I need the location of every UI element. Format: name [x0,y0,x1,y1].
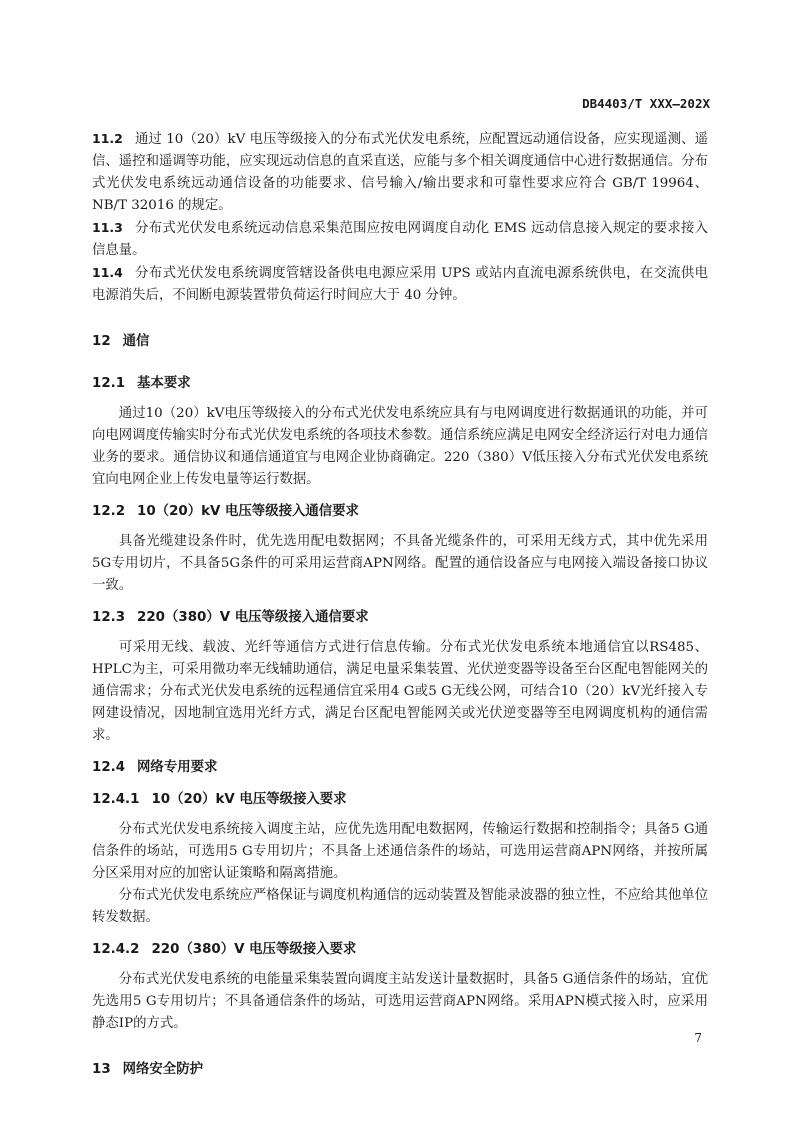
section-number: 13 [92,1062,111,1077]
section-heading-12-4-1: 12.4.110（20）kV 电压等级接入要求 [92,789,708,811]
section-number: 12.1 [92,376,125,391]
section-heading-12-1: 12.1基本要求 [92,373,708,395]
clause-11-2: 11.2通过 10（20）kV 电压等级接入的分布式光伏发电系统，应配置远动通信… [92,128,708,217]
clause-11-3: 11.3分布式光伏发电系统远动信息采集范围应按电网调度自动化 EMS 远动信息接… [92,217,708,262]
section-title: 10（20）kV 电压等级接入要求 [151,792,346,807]
clause-number: 11.3 [92,220,123,235]
section-number: 12.4.2 [92,942,139,957]
section-12-2-body: 具备光缆建设条件时，优先选用配电数据网；不具备光缆条件的，可采用无线方式，其中优… [92,531,708,597]
section-heading-12-2: 12.210（20）kV 电压等级接入通信要求 [92,501,708,523]
clause-text: 通过 10（20）kV 电压等级接入的分布式光伏发电系统，应配置远动通信设备，应… [92,132,708,213]
section-title: 220（380）V 电压等级接入通信要求 [137,610,369,625]
section-number: 12.2 [92,504,125,519]
document-page: DB4403/T XXX—202X 11.2通过 10（20）kV 电压等级接入… [0,0,794,1123]
clause-number: 11.4 [92,265,123,280]
document-code: DB4403/T XXX—202X [582,96,710,111]
section-12-4-1-body-1: 分布式光伏发电系统接入调度主站，应优先选用配电数据网，传输运行数据和控制指令；具… [92,819,708,885]
section-number: 12 [92,334,111,349]
section-heading-12-4-2: 12.4.2220（380）V 电压等级接入要求 [92,939,708,961]
section-number: 12.3 [92,610,125,625]
clause-number: 11.2 [92,131,123,146]
clause-text: 分布式光伏发电系统远动信息采集范围应按电网调度自动化 EMS 远动信息接入规定的… [92,221,708,258]
section-12-1-body: 通过10（20）kV电压等级接入的分布式光伏发电系统应具有与电网调度进行数据通讯… [92,403,708,491]
clause-11-4: 11.4分布式光伏发电系统调度管辖设备供电电源应采用 UPS 或站内直流电源系统… [92,262,708,307]
section-12-3-body: 可采用无线、载波、光纤等通信方式进行信息传输。分布式光伏发电系统本地通信宜以RS… [92,637,708,747]
section-number: 12.4 [92,760,125,775]
page-number: 7 [694,1031,702,1045]
section-heading-12-3: 12.3220（380）V 电压等级接入通信要求 [92,607,708,629]
section-number: 12.4.1 [92,792,139,807]
section-12-4-1-body-2: 分布式光伏发电系统应严格保证与调度机构通信的远动装置及智能录波器的独立性，不应给… [92,885,708,929]
section-heading-12: 12通信 [92,331,708,353]
section-12-4-2-body: 分布式光伏发电系统的电能量采集装置向调度主站发送计量数据时，具备5 G通信条件的… [92,969,708,1035]
section-heading-12-4: 12.4网络专用要求 [92,757,708,779]
section-title: 网络安全防护 [123,1062,203,1077]
section-title: 网络专用要求 [137,760,217,775]
clause-text: 分布式光伏发电系统调度管辖设备供电电源应采用 UPS 或站内直流电源系统供电，在… [92,266,708,303]
section-title: 通信 [123,334,150,349]
page-content: 11.2通过 10（20）kV 电压等级接入的分布式光伏发电系统，应配置远动通信… [92,128,708,1081]
section-title: 220（380）V 电压等级接入要求 [151,942,356,957]
section-title: 基本要求 [137,376,191,391]
section-title: 10（20）kV 电压等级接入通信要求 [137,504,359,519]
section-heading-13: 13网络安全防护 [92,1059,708,1081]
